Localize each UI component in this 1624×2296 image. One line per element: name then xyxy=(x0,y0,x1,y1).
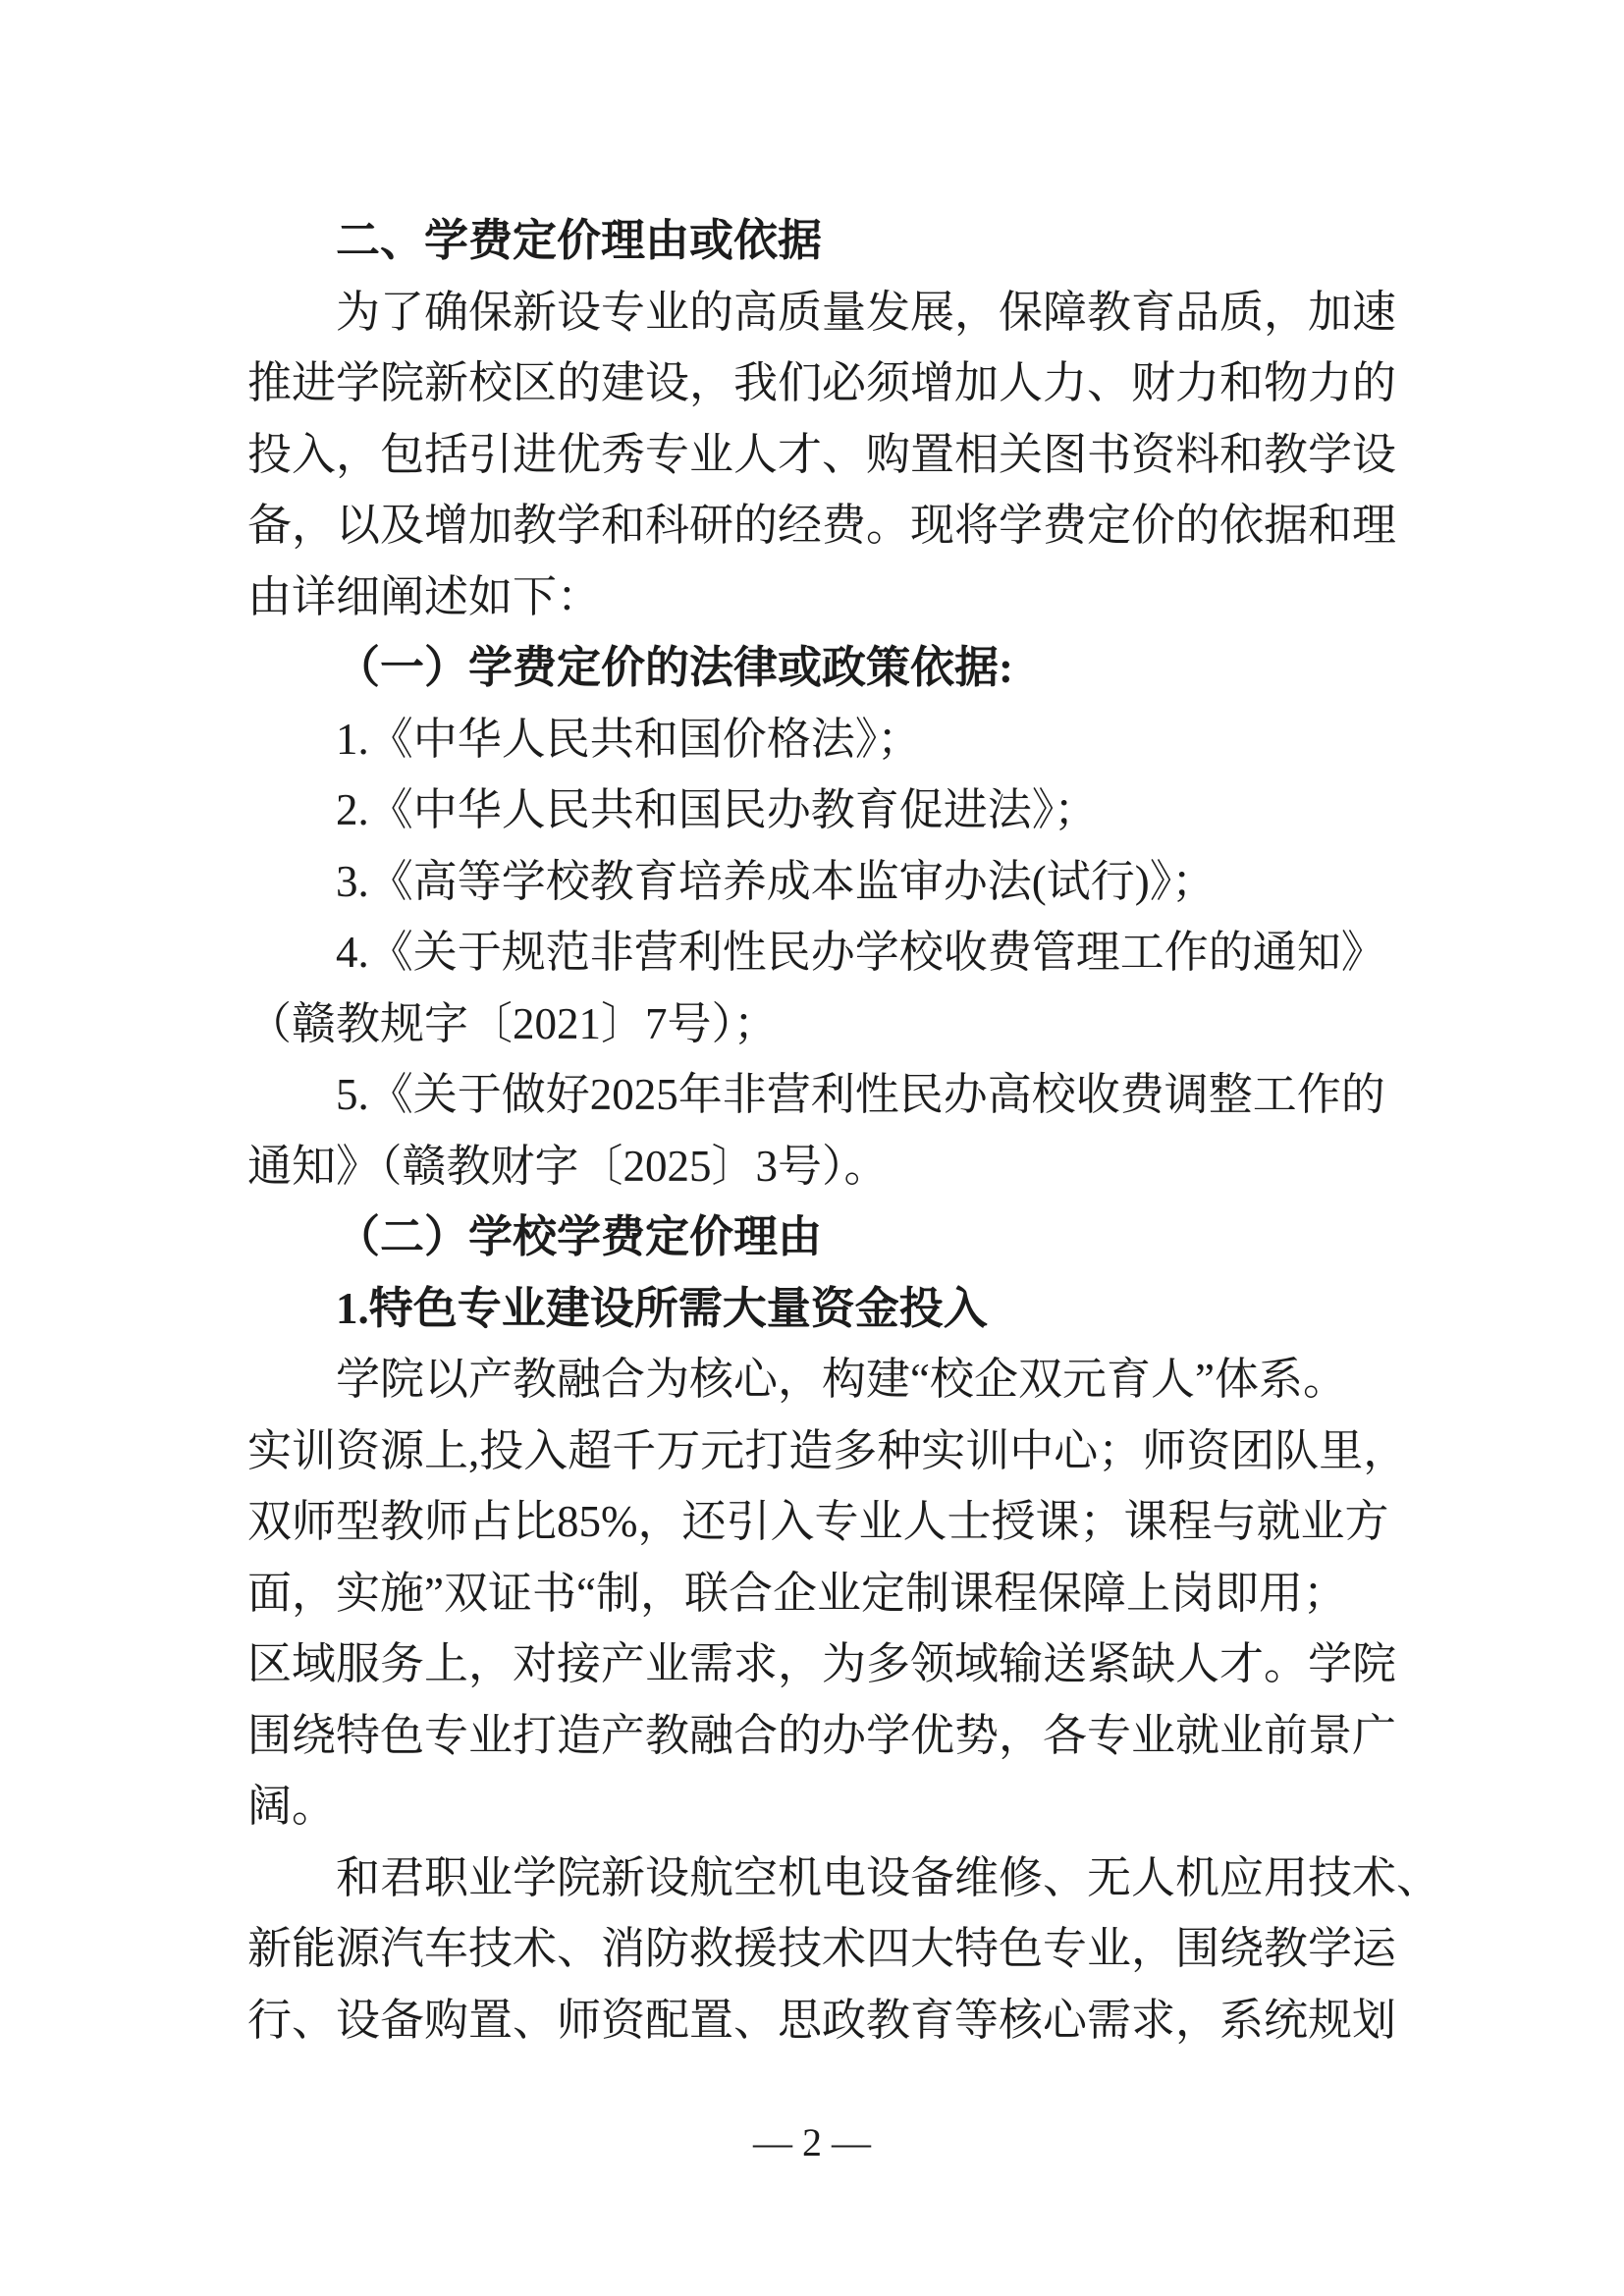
body-line: 新能源汽车技术、消防救援技术四大特色专业，围绕教学运 xyxy=(247,1913,1416,1985)
body-line: 学院以产教融合为核心，构建“校企双元育人”体系。 xyxy=(247,1344,1416,1415)
list-item-4-continuation: （赣教规字〔2021〕7号）； xyxy=(247,988,1416,1060)
body-line: 推进学院新校区的建设，我们必须增加人力、财力和物力的 xyxy=(247,347,1416,419)
list-item-5-continuation: 通知》（赣教财字〔2025〕3号）。 xyxy=(247,1131,1416,1202)
body-line: 行、设备购置、师资配置、思政教育等核心需求，系统规划 xyxy=(247,1985,1416,2056)
list-item-5: 5.《关于做好2025年非营利性民办高校收费调整工作的 xyxy=(247,1059,1416,1131)
body-line: 备，以及增加教学和科研的经费。现将学费定价的依据和理 xyxy=(247,490,1416,561)
subsection-heading-pricing-reasons: （二）学校学费定价理由 xyxy=(247,1201,1416,1273)
body-line: 投入，包括引进优秀专业人才、购置相关图书资料和教学设 xyxy=(247,419,1416,491)
body-line: 区域服务上，对接产业需求，为多领域输送紧缺人才。学院 xyxy=(247,1629,1416,1700)
body-line: 由详细阐述如下： xyxy=(247,561,1416,633)
point-heading-1: 1.特色专业建设所需大量资金投入 xyxy=(247,1273,1416,1345)
list-item-1: 1.《中华人民共和国价格法》； xyxy=(247,704,1416,775)
document-page: 二、学费定价理由或依据 为了确保新设专业的高质量发展，保障教育品质，加速 推进学… xyxy=(0,0,1624,2296)
subsection-heading-legal-basis: （一）学费定价的法律或政策依据: xyxy=(247,632,1416,704)
page-number: — 2 — xyxy=(0,2118,1624,2167)
body-line: 面，实施”双证书“制，联合企业定制课程保障上岗即用； xyxy=(247,1558,1416,1629)
body-line: 和君职业学院新设航空机电设备维修、无人机应用技术、 xyxy=(247,1842,1416,1914)
list-item-3: 3.《高等学校教育培养成本监审办法(试行)》； xyxy=(247,846,1416,918)
section-heading-2: 二、学费定价理由或依据 xyxy=(247,205,1416,277)
list-item-4: 4.《关于规范非营利性民办学校收费管理工作的通知》 xyxy=(247,917,1416,988)
body-line: 双师型教师占比85%，还引入专业人士授课；课程与就业方 xyxy=(247,1486,1416,1558)
body-line: 为了确保新设专业的高质量发展，保障教育品质，加速 xyxy=(247,277,1416,348)
body-line: 阔。 xyxy=(247,1771,1416,1842)
body-line: 实训资源上,投入超千万元打造多种实训中心；师资团队里， xyxy=(247,1415,1416,1487)
document-body: 二、学费定价理由或依据 为了确保新设专业的高质量发展，保障教育品质，加速 推进学… xyxy=(247,205,1416,2056)
list-item-2: 2.《中华人民共和国民办教育促进法》； xyxy=(247,774,1416,846)
body-line: 围绕特色专业打造产教融合的办学优势，各专业就业前景广 xyxy=(247,1700,1416,1772)
